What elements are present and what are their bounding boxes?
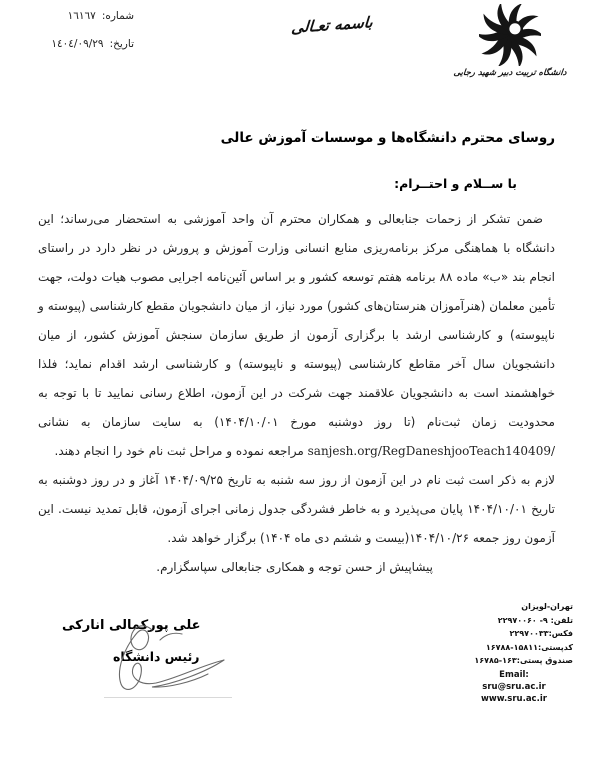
contact-po-box: صندوق پستی:۱۶۳-۱۶۷۸۵ [455,654,573,668]
contact-postal-code: کدپستی:۱۵۸۱۱-۱۶۷۸۸ [455,641,573,655]
paragraph-1-text-after-url: مراجعه نموده و مراحل ثبت نام خود را انجا… [55,444,308,458]
paragraph-2: لازم به ذکر است ثبت نام در این آزمون از … [38,466,555,553]
paragraph-1-text-before-url: ضمن تشکر از زحمات جنابعالی و همکاران محت… [38,212,555,429]
letter-page: شماره: ١٦١٦٧ تاریخ: ١٤٠٤/٠٩/٢٩ باسمه تعـ… [0,0,593,767]
contact-phone: تلفن: ۹- ۲۲۹۷۰۰۶۰ [455,614,573,628]
letter-number-value: ١٦١٦٧ [68,10,96,22]
letter-number-label: شماره: [102,10,134,22]
paragraph-1: ضمن تشکر از زحمات جنابعالی و همکاران محت… [38,205,555,466]
signature-underline [104,697,232,698]
logo-center-circle [508,22,522,36]
letter-number-row: شماره: ١٦١٦٧ [14,10,134,22]
letter-body: روسای محترم دانشگاه‌ها و موسسات آموزش عا… [38,130,555,582]
salutation: با ســلام و احتــرام: [38,176,517,191]
registration-url: sanjesh.org/RegDaneshjooTeach140409/ [308,444,555,458]
signature-image [108,620,248,702]
letter-meta: شماره: ١٦١٦٧ تاریخ: ١٤٠٤/٠٩/٢٩ [14,10,134,66]
bismillah-calligraphy: باسمه تعـالی [271,12,393,38]
letter-date-label: تاریخ: [110,38,134,50]
contact-address: تهران-لویزان [455,600,573,614]
contact-fax: فکس:۲۲۹۷۰۰۳۳ [455,627,573,641]
recipient-heading: روسای محترم دانشگاه‌ها و موسسات آموزش عا… [38,130,555,146]
university-logo-icon [479,4,541,66]
university-name: دانشگاه تربیت دبیر شهید رجایی [444,68,575,78]
closing-line: پیشاپیش از حسن توجه و همکاری جنابعالی سپ… [38,553,555,582]
letter-date-value: ١٤٠٤/٠٩/٢٩ [51,38,103,50]
contact-block: تهران-لویزان تلفن: ۹- ۲۲۹۷۰۰۶۰ فکس:۲۲۹۷۰… [455,600,573,705]
letter-date-row: تاریخ: ١٤٠٤/٠٩/٢٩ [14,38,134,50]
contact-email-label: Email: [455,669,573,681]
contact-email: sru@sru.ac.ir [455,681,573,693]
university-logo-block: دانشگاه تربیت دبیر شهید رجایی [445,4,575,78]
contact-website: www.sru.ac.ir [455,693,573,705]
